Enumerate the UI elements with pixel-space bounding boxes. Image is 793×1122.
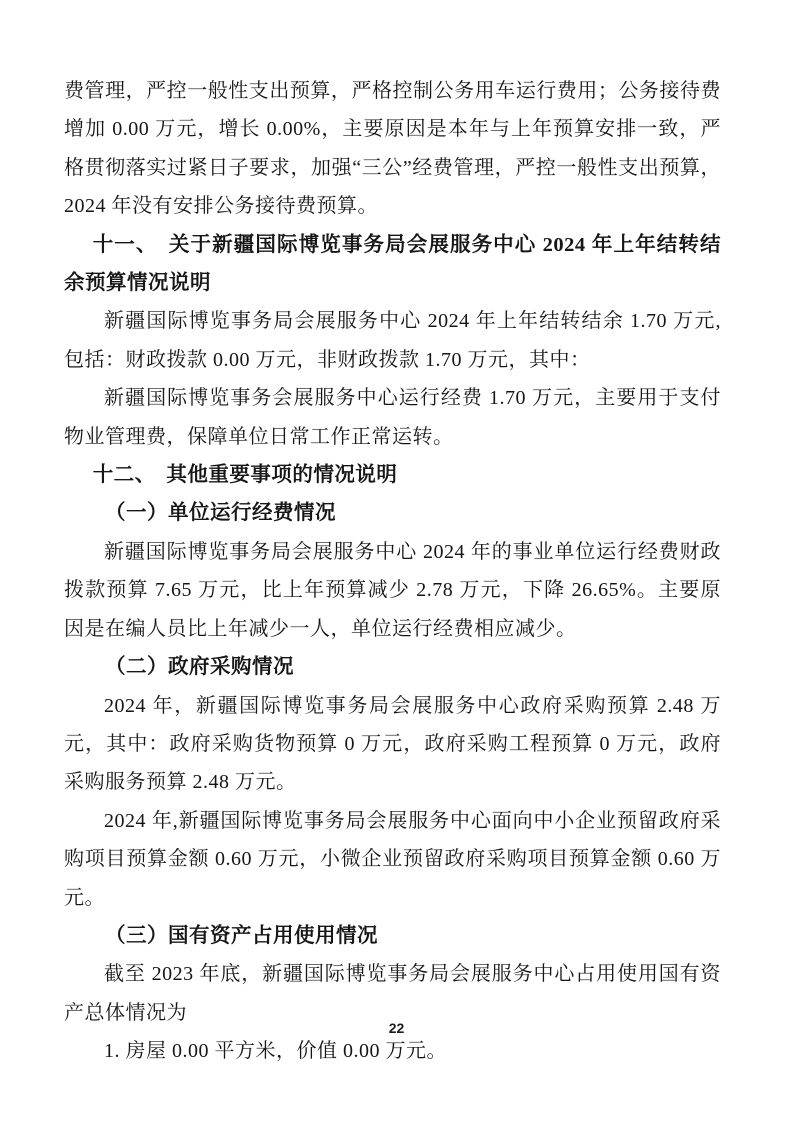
paragraph-housing-assets-value: 1. 房屋 0.00 平方米，价值 0.00 万元。 [64,1032,721,1070]
heading-subsection-1-unit-operating-expenses: （一）单位运行经费情况 [64,494,721,532]
paragraph-unit-operating-expenses-detail: 新疆国际博览事务局会展服务中心 2024 年的事业单位运行经费财政拨款预算 7.… [64,533,721,648]
paragraph-procurement-budget-detail: 2024 年，新疆国际博览事务局会展服务中心政府采购预算 2.48 万元，其中：… [64,687,721,802]
paragraph-carryover-summary: 新疆国际博览事务局会展服务中心 2024 年上年结转结余 1.70 万元,包括：… [64,302,721,379]
heading-subsection-3-state-owned-assets: （三）国有资产占用使用情况 [64,917,721,955]
document-page: 费管理，严控一般性支出预算，严格控制公务用车运行费用；公务接待费增加 0.00 … [0,0,793,1122]
paragraph-three-public-funds-continuation: 费管理，严控一般性支出预算，严格控制公务用车运行费用；公务接待费增加 0.00 … [64,72,721,226]
heading-section-12-other-important-matters: 十二、 其他重要事项的情况说明 [64,456,721,494]
paragraph-operating-funds-usage: 新疆国际博览事务会展服务中心运行经费 1.70 万元，主要用于支付物业管理费，保… [64,379,721,456]
paragraph-procurement-sme-reserve: 2024 年,新疆国际博览事务局会展服务中心面向中小企业预留政府采购项目预算金额… [64,802,721,917]
heading-section-11-carryover-balance: 十一、 关于新疆国际博览事务局会展服务中心 2024 年上年结转结余预算情况说明 [64,226,721,303]
heading-subsection-2-government-procurement: （二）政府采购情况 [64,648,721,686]
document-body: 费管理，严控一般性支出预算，严格控制公务用车运行费用；公务接待费增加 0.00 … [64,72,721,1071]
page-number: 22 [0,1020,793,1036]
